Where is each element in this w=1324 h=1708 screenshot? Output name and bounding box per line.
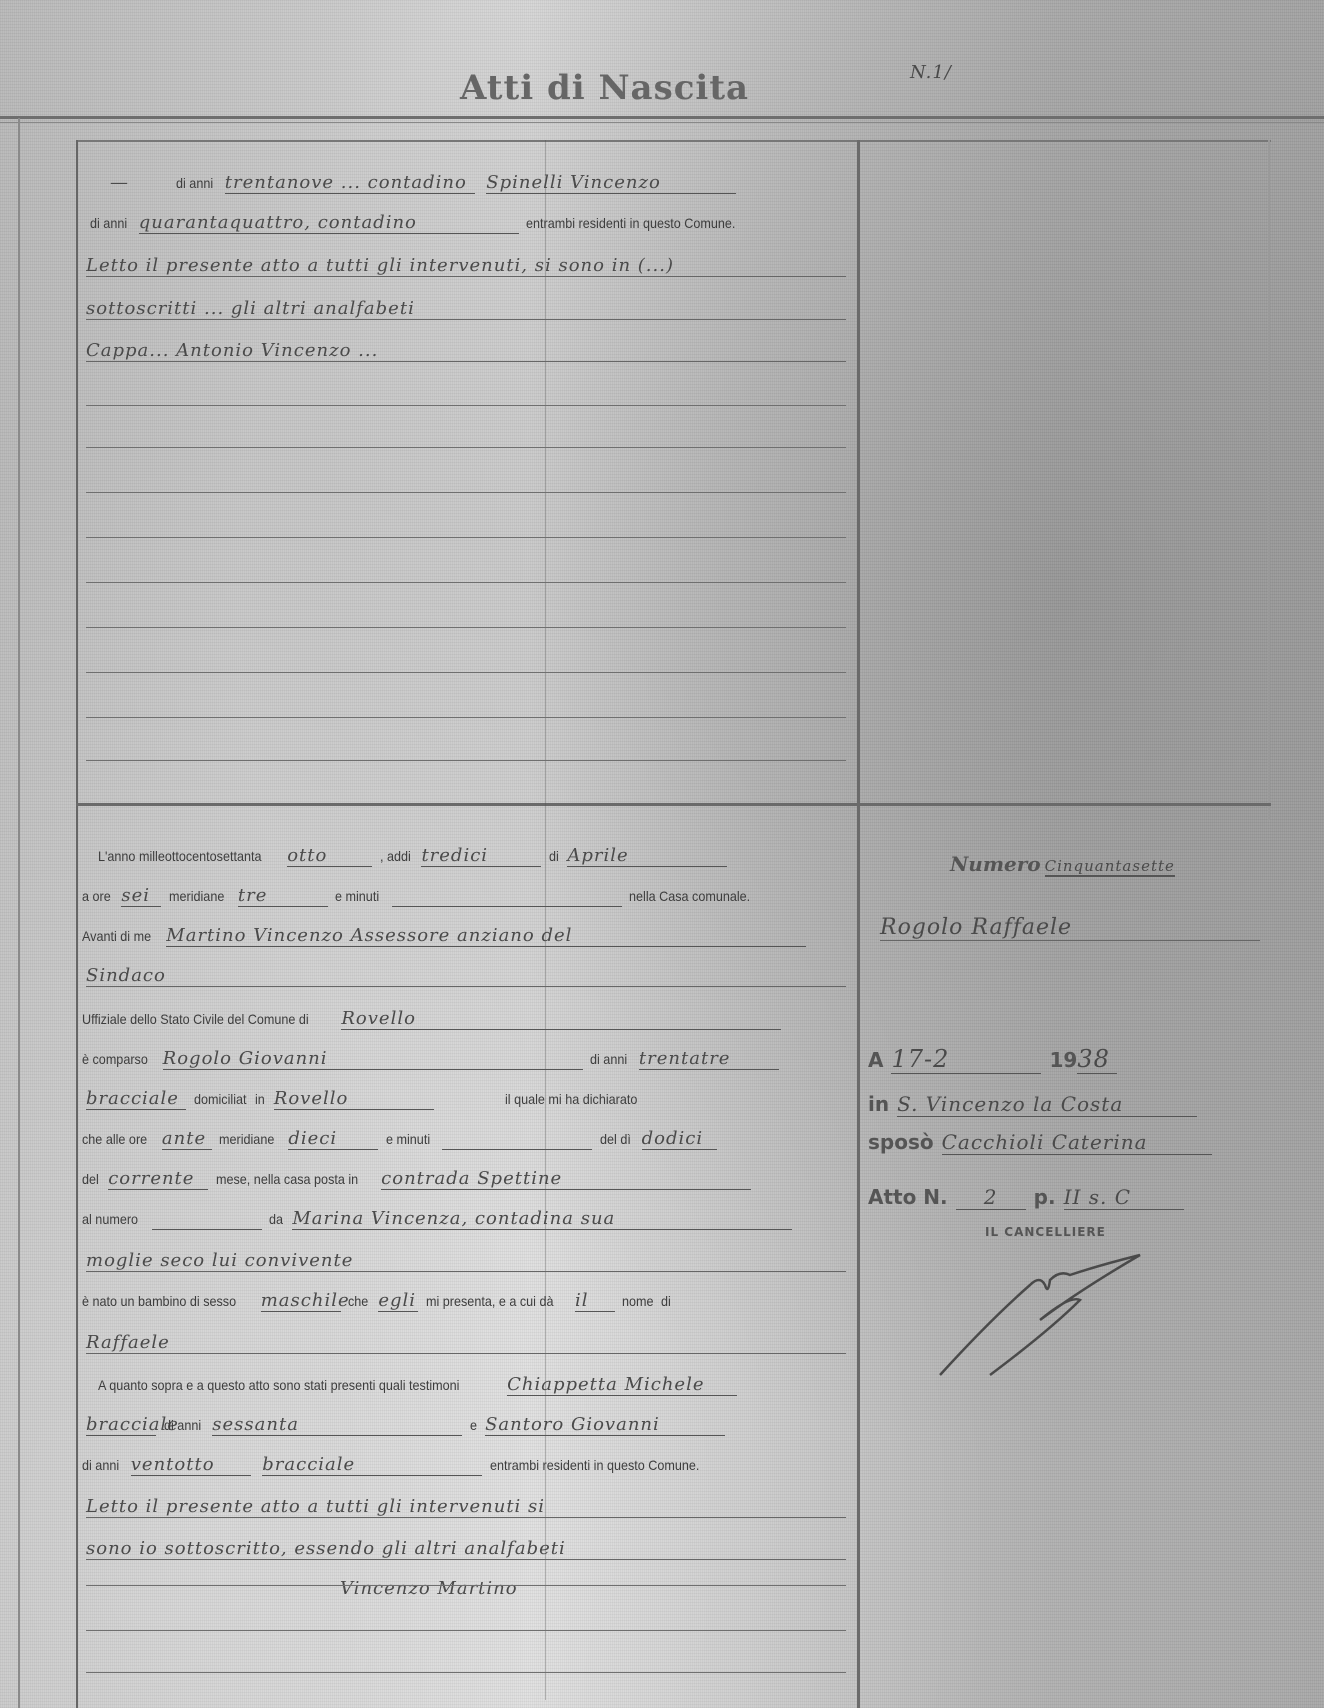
blank-rule bbox=[86, 447, 846, 448]
marriage-date-line: A 17-2 1938 bbox=[868, 1045, 1121, 1074]
year-label: L'anno milleottocentosettanta bbox=[98, 848, 262, 864]
marriage-year-value: 38 bbox=[1077, 1045, 1117, 1074]
meridian-value: tre bbox=[238, 885, 328, 907]
officer-title-value: Sindaco bbox=[86, 965, 846, 987]
declarant-age-label: di anni bbox=[590, 1051, 627, 1067]
marriage-place-line: in S. Vincenzo la Costa bbox=[868, 1092, 1201, 1117]
birth-day-value: dodici bbox=[642, 1128, 717, 1150]
month-label: di bbox=[549, 848, 559, 864]
meridian-label: meridiane bbox=[169, 888, 224, 904]
birth-day-label: del dì bbox=[600, 1131, 631, 1147]
domicile-line: bracciale domiciliat in Rovello il quale… bbox=[82, 1088, 652, 1110]
mother-value: Marina Vincenza, contadina sua bbox=[292, 1208, 792, 1230]
closing-line: Letto il presente atto a tutti gli inter… bbox=[86, 255, 846, 277]
presents-label: che bbox=[348, 1293, 368, 1309]
domicile-in-label: in bbox=[255, 1091, 265, 1107]
record-time-line: a ore sei meridiane tre e minuti nella C… bbox=[82, 885, 764, 907]
declarant-line: è comparso Rogolo Giovanni di anni trent… bbox=[82, 1048, 783, 1070]
house-value: contrada Spettine bbox=[381, 1168, 751, 1190]
domicile-value: Rovello bbox=[274, 1088, 434, 1110]
blank-rule bbox=[86, 492, 846, 493]
minutes-label: e minuti bbox=[335, 888, 379, 904]
record-separator bbox=[76, 803, 1271, 806]
birth-minutes-label: e minuti bbox=[386, 1131, 430, 1147]
birth-time-line: che alle ore ante meridiane dieci e minu… bbox=[82, 1128, 721, 1150]
page-edge-line bbox=[18, 118, 20, 1708]
comune-line: Uffiziale dello Stato Civile del Comune … bbox=[82, 1008, 785, 1030]
comune-label: Uffiziale dello Stato Civile del Comune … bbox=[82, 1011, 309, 1027]
witnesses-label: A quanto sopra e a questo atto sono stat… bbox=[98, 1377, 459, 1393]
before-label: Avanti di me bbox=[82, 928, 151, 944]
day-label: , addi bbox=[380, 848, 411, 864]
comune-value: Rovello bbox=[341, 1008, 781, 1030]
presents-value: egli bbox=[378, 1290, 418, 1312]
declarant-profession-value: bracciale bbox=[86, 1088, 186, 1110]
birth-hour-label: che alle ore bbox=[82, 1131, 147, 1147]
witness-1-name: Chiappetta Michele bbox=[507, 1374, 737, 1396]
birth-meridian-label: meridiane bbox=[219, 1131, 274, 1147]
blank-rule bbox=[86, 582, 846, 583]
frame-top-border bbox=[76, 140, 1271, 142]
mother-value-continued: moglie seco lui convivente bbox=[86, 1250, 846, 1272]
year-value: otto bbox=[287, 845, 372, 867]
witness-2-profession: bracciale bbox=[262, 1454, 482, 1476]
day-value: tredici bbox=[421, 845, 541, 867]
number-value bbox=[152, 1208, 262, 1230]
witnesses-line: A quanto sopra e a questo atto sono stat… bbox=[98, 1374, 741, 1396]
header-rule-thin bbox=[0, 122, 1324, 123]
name-suffix-label: di bbox=[661, 1293, 671, 1309]
blank-rule bbox=[86, 760, 846, 761]
label-age: di anni bbox=[176, 175, 213, 191]
residence-label: entrambi residenti in questo Comune. bbox=[526, 215, 735, 231]
child-name-value: Raffaele bbox=[86, 1332, 846, 1354]
minutes-value bbox=[392, 885, 622, 907]
closing-line: Letto il presente atto a tutti gli inter… bbox=[86, 1496, 846, 1518]
witness-ages-line: bracciale di anni sessanta e Santoro Gio… bbox=[82, 1414, 729, 1436]
part-label: p. bbox=[1034, 1185, 1056, 1209]
label-age: di anni bbox=[90, 215, 127, 231]
month-of-value: corrente bbox=[108, 1168, 208, 1190]
hour-label: a ore bbox=[82, 888, 111, 904]
annotated-name: Rogolo Raffaele bbox=[880, 915, 1260, 941]
blank-rule bbox=[86, 672, 846, 673]
blank-rule bbox=[86, 537, 846, 538]
spouse-line: sposò Cacchioli Caterina bbox=[868, 1130, 1216, 1155]
hour-value: sei bbox=[121, 885, 161, 907]
document-title: Atti di Nascita bbox=[460, 68, 749, 108]
house-label: mese, nella casa posta in bbox=[216, 1171, 358, 1187]
dash-mark: — bbox=[110, 172, 129, 193]
part-value: II s. C bbox=[1064, 1185, 1184, 1210]
and-label: e bbox=[470, 1417, 477, 1433]
officer-name-value: Martino Vincenzo Assessore anziano del bbox=[166, 925, 806, 947]
numero-label: Numero bbox=[950, 852, 1041, 876]
numero-line: Numero Cinquantasette bbox=[950, 852, 1175, 876]
officer-signature: Vincenzo Martino bbox=[340, 1578, 518, 1599]
year-prefix: 19 bbox=[1049, 1048, 1077, 1072]
signatures-line: Cappa... Antonio Vincenzo ... bbox=[86, 340, 846, 362]
child-line: è nato un bambino di sesso maschile che … bbox=[82, 1290, 672, 1312]
blank-rule bbox=[86, 627, 846, 628]
mother-line: al numero da Marina Vincenza, contadina … bbox=[82, 1208, 796, 1230]
month-value: Aprile bbox=[567, 845, 727, 867]
numero-value: Cinquantasette bbox=[1045, 857, 1175, 877]
title-annotation: N.1/ bbox=[910, 62, 952, 83]
place-label: nella Casa comunale. bbox=[629, 888, 750, 904]
officer-line: Avanti di me Martino Vincenzo Assessore … bbox=[82, 925, 810, 947]
atto-line: Atto N. 2 p. II s. C bbox=[868, 1185, 1188, 1210]
number-label: al numero bbox=[82, 1211, 138, 1227]
blank-rule bbox=[86, 405, 846, 406]
spouse-label: sposò bbox=[868, 1130, 934, 1154]
declarant-name-value: Rogolo Giovanni bbox=[163, 1048, 583, 1070]
witness-name-value: Spinelli Vincenzo bbox=[486, 172, 736, 194]
witness-2-age-label: di anni bbox=[82, 1457, 119, 1473]
appeared-label: è comparso bbox=[82, 1051, 148, 1067]
child-sex-value: maschile bbox=[261, 1290, 341, 1312]
month-of-label: del bbox=[82, 1171, 99, 1187]
name-label: nome bbox=[622, 1293, 654, 1309]
closing-line: sono io sottoscritto, essendo gli altri … bbox=[86, 1538, 846, 1560]
blank-rule bbox=[86, 1585, 846, 1586]
presents-rest-label: mi presenta, e a cui dà bbox=[426, 1293, 553, 1309]
witness-2-line: di anni ventotto bracciale entrambi resi… bbox=[82, 1454, 722, 1476]
registrar-signature bbox=[930, 1250, 1160, 1380]
blank-rule bbox=[86, 1630, 846, 1631]
declared-label: il quale mi ha dichiarato bbox=[505, 1091, 637, 1107]
header-rule bbox=[0, 116, 1324, 119]
witness-2-name: Santoro Giovanni bbox=[485, 1414, 725, 1436]
marriage-date-value: 17-2 bbox=[891, 1045, 1041, 1074]
atto-label: Atto N. bbox=[868, 1185, 948, 1209]
date-prefix: A bbox=[868, 1048, 883, 1072]
closing-line: sottoscritti ... gli altri analfabeti bbox=[86, 298, 846, 320]
witness-1-age: sessanta bbox=[212, 1414, 462, 1436]
child-sex-label: è nato un bambino di sesso bbox=[82, 1293, 236, 1309]
witness-1-age-label: di anni bbox=[164, 1417, 201, 1433]
spouse-value: Cacchioli Caterina bbox=[942, 1130, 1212, 1155]
frame-right-border bbox=[1268, 140, 1270, 820]
gives-article: il bbox=[575, 1290, 615, 1312]
from-label: da bbox=[269, 1211, 283, 1227]
age-value: quarantaquattro, contadino bbox=[139, 212, 519, 234]
frame-left-border bbox=[76, 140, 78, 1708]
birth-hour-value: ante bbox=[162, 1128, 212, 1150]
record-date-line: L'anno milleottocentosettanta otto , add… bbox=[98, 845, 731, 867]
domicile-label: domiciliat bbox=[194, 1091, 247, 1107]
registrar-label: IL CANCELLIERE bbox=[985, 1225, 1106, 1239]
blank-rule bbox=[86, 717, 846, 718]
birth-meridian-value: dieci bbox=[288, 1128, 378, 1150]
declarant-age-value: trentatre bbox=[639, 1048, 779, 1070]
witness-1-profession: bracciale bbox=[86, 1414, 156, 1436]
birth-place-line: del corrente mese, nella casa posta in c… bbox=[82, 1168, 755, 1190]
witness-2-age: ventotto bbox=[131, 1454, 251, 1476]
age-value: trentanove ... contadino bbox=[225, 172, 475, 194]
blank-rule bbox=[86, 1672, 846, 1673]
birth-minutes-value bbox=[442, 1128, 592, 1150]
residence-label: entrambi residenti in questo Comune. bbox=[490, 1457, 699, 1473]
place-label: in bbox=[868, 1092, 889, 1116]
margin-column-divider bbox=[857, 140, 860, 1708]
previous-record-line-2: di anni quarantaquattro, contadino entra… bbox=[90, 212, 759, 234]
previous-record-line-1: — di anni trentanove ... contadino Spine… bbox=[110, 172, 740, 194]
marriage-place-value: S. Vincenzo la Costa bbox=[897, 1092, 1197, 1117]
atto-number-value: 2 bbox=[956, 1185, 1026, 1210]
